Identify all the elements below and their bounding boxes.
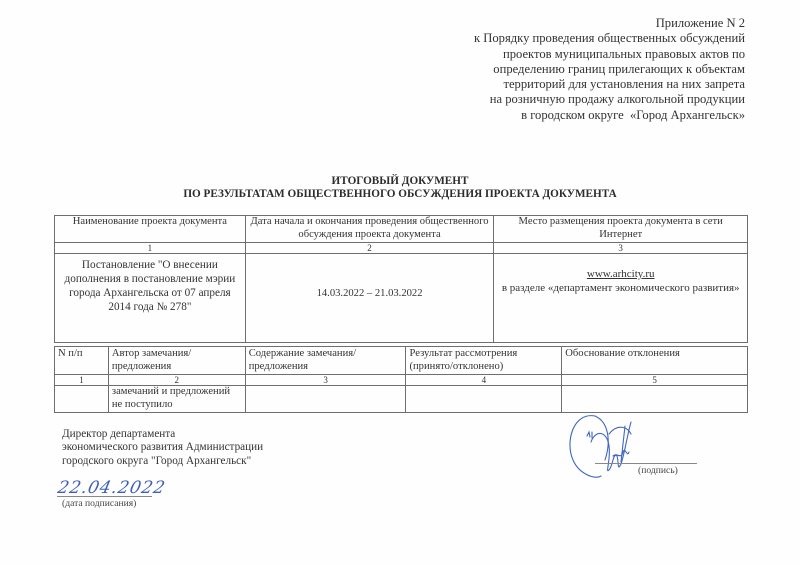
header-author: Автор замечания/предложения (108, 347, 245, 375)
appendix-line: к Порядку проведения общественных обсужд… (325, 31, 745, 46)
header-dates: Дата начала и окончания проведения общес… (245, 216, 494, 243)
appendix-line: на розничную продажу алкогольной продукц… (325, 92, 745, 107)
site-section-text: в разделе «департамент экономического ра… (497, 282, 744, 296)
appendix-header: Приложение N 2 к Порядку проведения обще… (325, 16, 745, 123)
header-project-name: Наименование проекта документа (55, 216, 246, 243)
appendix-line: в городском округе «Город Архангельск» (325, 108, 745, 123)
column-number: 3 (245, 375, 406, 386)
appendix-line: территорий для установления на них запре… (325, 77, 745, 92)
column-number: 1 (55, 243, 246, 254)
date-line (57, 496, 152, 497)
signer-block: Директор департамента экономического раз… (62, 428, 263, 468)
column-number: 4 (406, 375, 562, 386)
column-number: 3 (494, 243, 748, 254)
header-content: Содержание замечания/предложения (245, 347, 406, 375)
header-number: N п/п (55, 347, 109, 375)
signer-line: экономического развития Администрации (62, 441, 263, 454)
header-result: Результат рассмотрения (принято/отклонен… (406, 347, 562, 375)
column-number: 2 (108, 375, 245, 386)
number-cell (55, 386, 109, 413)
column-number-row: 1 2 3 4 5 (55, 375, 748, 386)
site-link[interactable]: www.arhcity.ru (497, 268, 744, 282)
reason-cell (562, 386, 748, 413)
table-header-row: N п/п Автор замечания/предложения Содерж… (55, 347, 748, 375)
header-internet-location: Место размещения проекта документа в сет… (494, 216, 748, 243)
project-table: Наименование проекта документа Дата нача… (54, 215, 748, 343)
table-header-row: Наименование проекта документа Дата нача… (55, 216, 748, 243)
result-cell (406, 386, 562, 413)
title-line-1: ИТОГОВЫЙ ДОКУМЕНТ (0, 175, 800, 188)
title-line-2: ПО РЕЗУЛЬТАТАМ ОБЩЕСТВЕННОГО ОБСУЖДЕНИЯ … (0, 188, 800, 201)
column-number: 5 (562, 375, 748, 386)
column-number: 1 (55, 375, 109, 386)
signer-line: Директор департамента (62, 428, 263, 441)
header-rejection-reason: Обоснование отклонения (562, 347, 748, 375)
signature-label: (подпись) (638, 465, 678, 476)
content-cell (245, 386, 406, 413)
appendix-line: определению границ прилегающих к объекта… (325, 62, 745, 77)
column-number: 2 (245, 243, 494, 254)
comments-table: N п/п Автор замечания/предложения Содерж… (54, 346, 748, 413)
author-cell: замечаний и предложений не поступило (108, 386, 245, 413)
appendix-line: Приложение N 2 (325, 16, 745, 31)
project-name-cell: Постановление "О внесении дополнения в п… (55, 254, 246, 343)
signature-line (595, 463, 697, 464)
table-row: Постановление "О внесении дополнения в п… (55, 254, 748, 343)
document-title: ИТОГОВЫЙ ДОКУМЕНТ ПО РЕЗУЛЬТАТАМ ОБЩЕСТВ… (0, 175, 800, 201)
signer-line: городского округа "Город Архангельск" (62, 455, 263, 468)
appendix-line: проектов муниципальных правовых актов по (325, 47, 745, 62)
internet-location-cell: www.arhcity.ru в разделе «департамент эк… (494, 254, 748, 343)
table-row: замечаний и предложений не поступило (55, 386, 748, 413)
handwritten-date: 22.04.2022 (56, 478, 168, 498)
dates-cell: 14.03.2022 – 21.03.2022 (245, 254, 494, 343)
document-page: Приложение N 2 к Порядку проведения обще… (0, 0, 800, 565)
column-number-row: 1 2 3 (55, 243, 748, 254)
date-label: (дата подписания) (62, 498, 136, 509)
